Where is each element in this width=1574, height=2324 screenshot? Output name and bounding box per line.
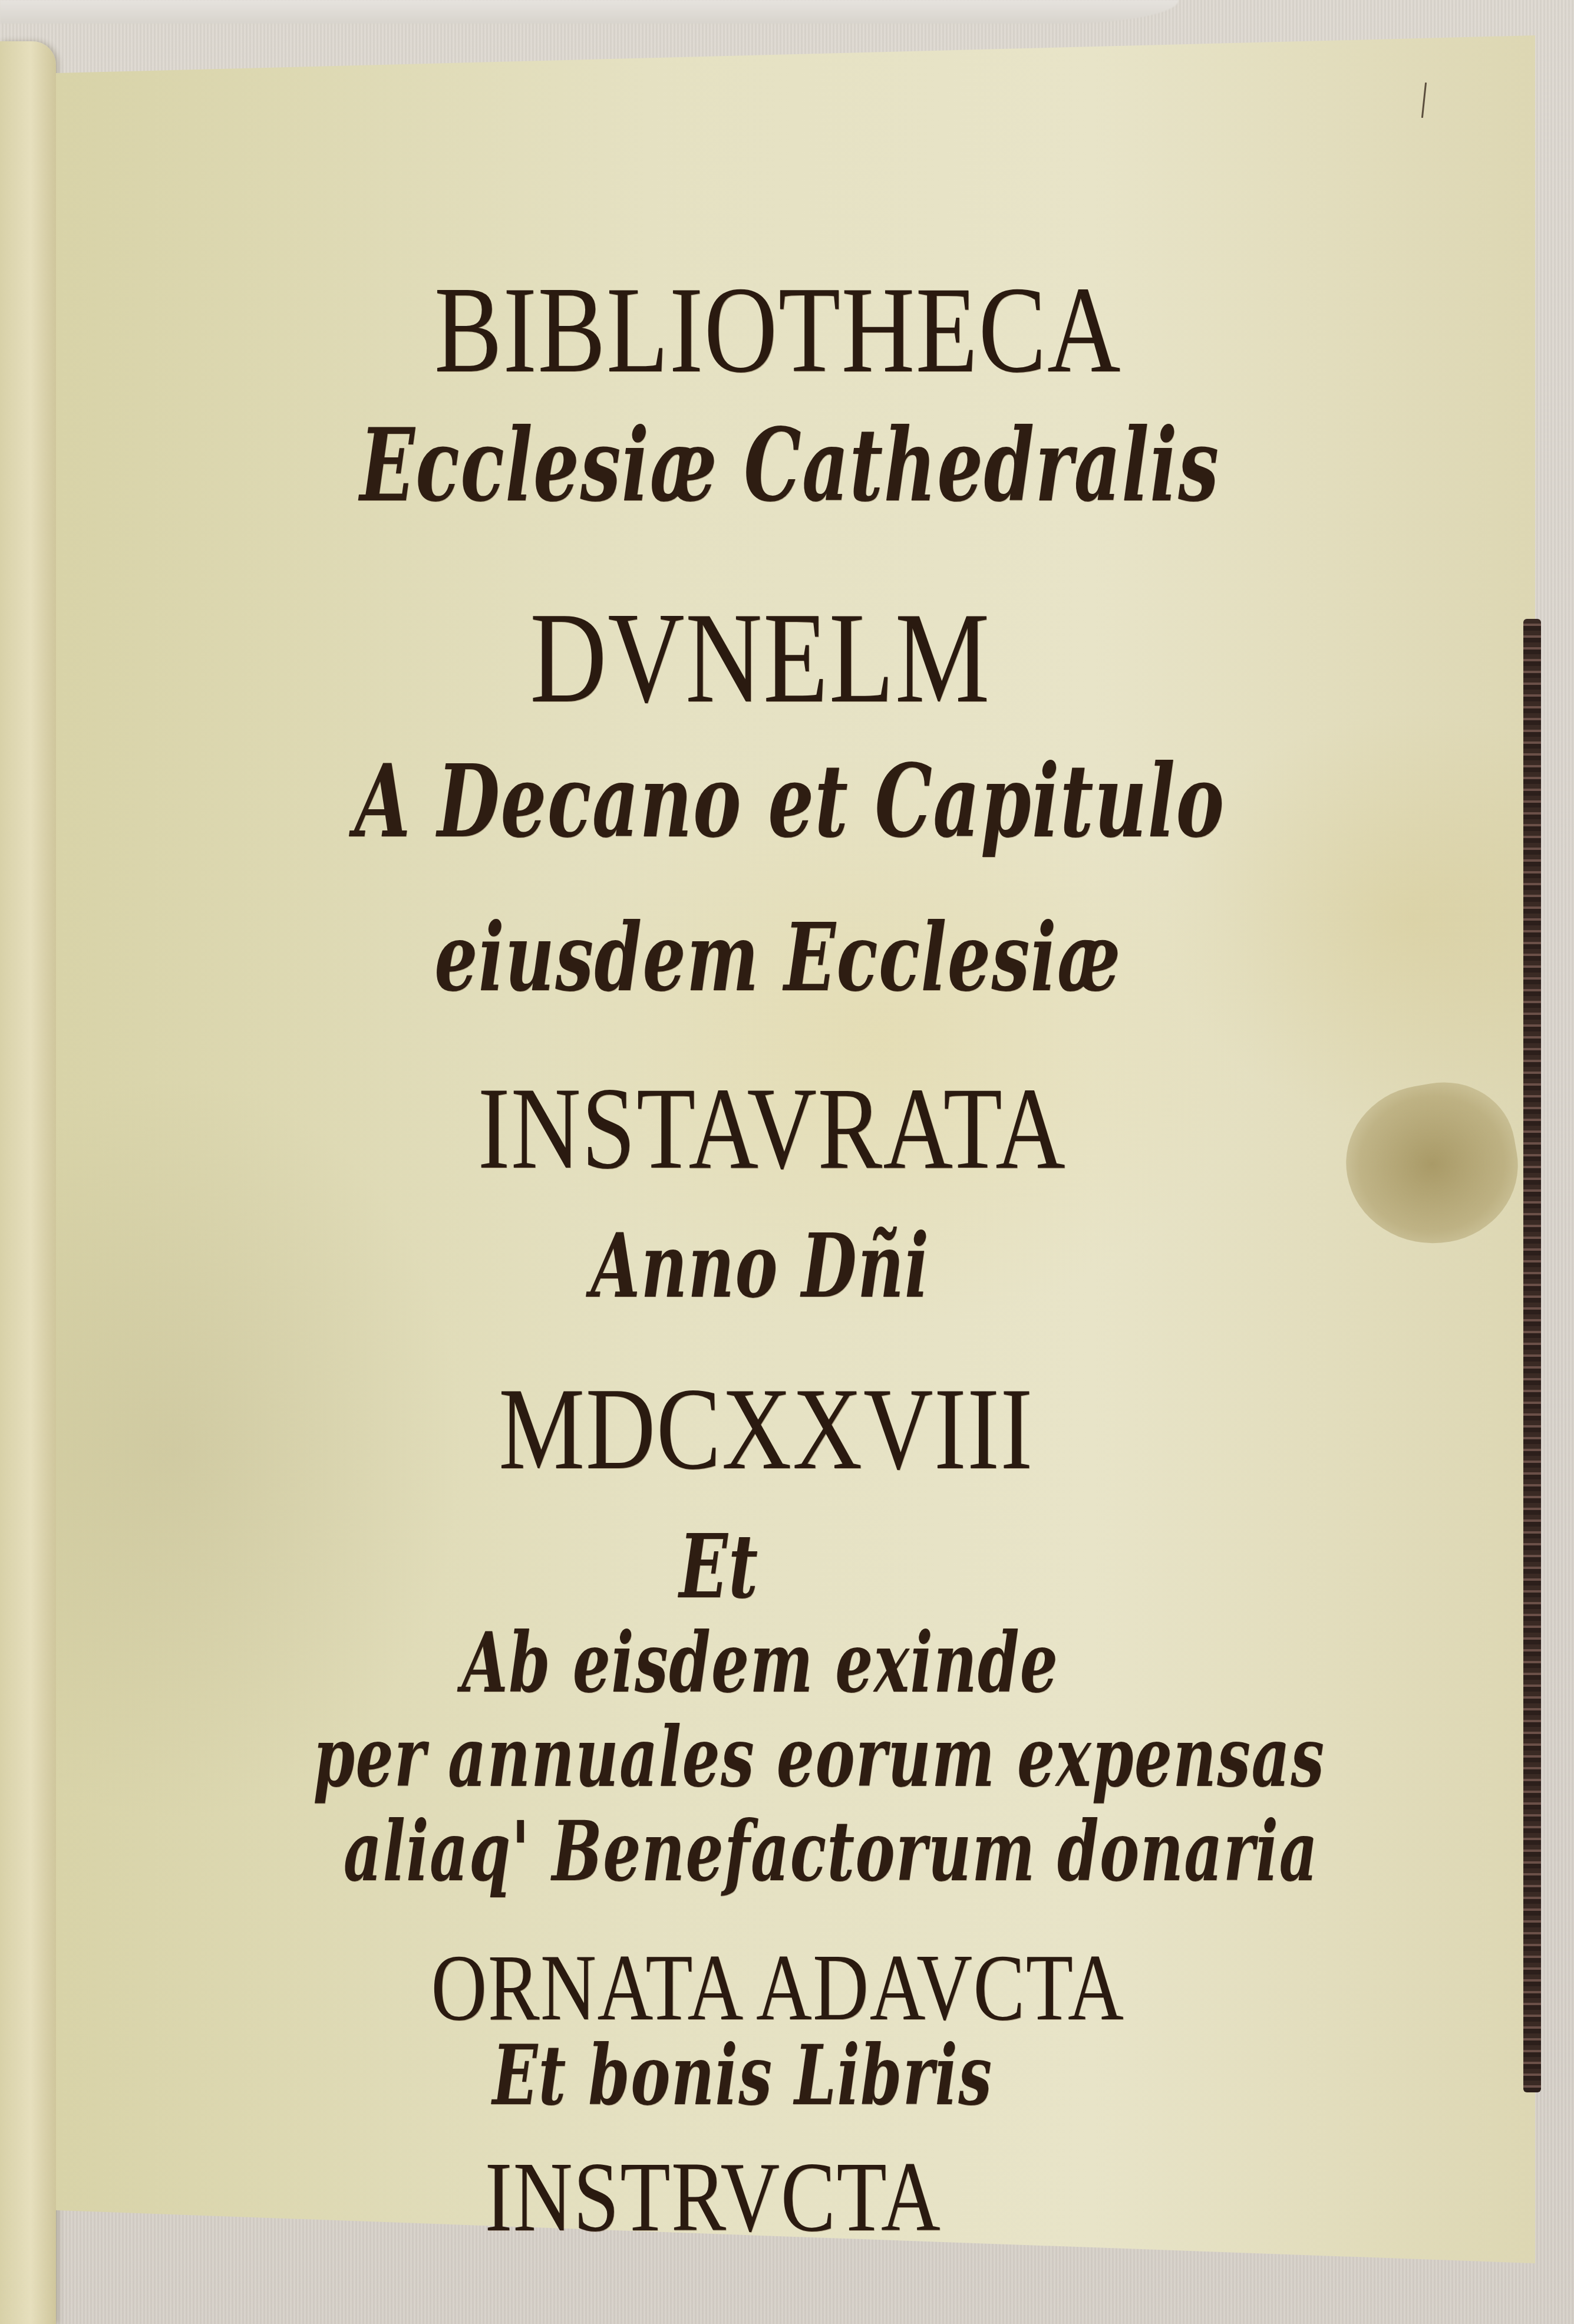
- line-anno-domini: Anno Dñi: [227, 1214, 1292, 1318]
- line-ab-eisdem-exinde: Ab eisdem exinde: [227, 1615, 1292, 1712]
- line-instaurata: INSTAVRATA: [166, 1061, 1378, 1196]
- line-bibliotheca: BIBLIOTHECA: [171, 259, 1384, 401]
- line-instructa: INSTRVCTA: [107, 2140, 1319, 2254]
- line-ornata-adaucta: ORNATA ADAVCTA: [171, 1933, 1384, 2042]
- line-mdcxxviii: MDCXXVIII: [160, 1362, 1372, 1496]
- line-et-bonis-libris: Et bonis Libris: [210, 2028, 1275, 2124]
- title-inscription: BIBLIOTHECA Ecclesiæ Cathedralis DVNELM …: [56, 0, 1535, 2324]
- line-et: Et: [186, 1515, 1251, 1618]
- line-aliaque-benefactorum: aliaq' Benefactorum donaria: [298, 1804, 1363, 1900]
- facing-leaf: [0, 41, 56, 2324]
- line-eiusdem-ecclesiae: eiusdem Ecclesiæ: [245, 902, 1310, 1013]
- line-dunelm: DVNELM: [154, 584, 1367, 733]
- line-ecclesiae-cathedralis: Ecclesiæ Cathedralis: [257, 407, 1322, 525]
- line-a-decano-et-capitulo: A Decano et Capitulo: [257, 743, 1322, 861]
- line-per-annuales: per annuales eorum expensas: [286, 1709, 1351, 1806]
